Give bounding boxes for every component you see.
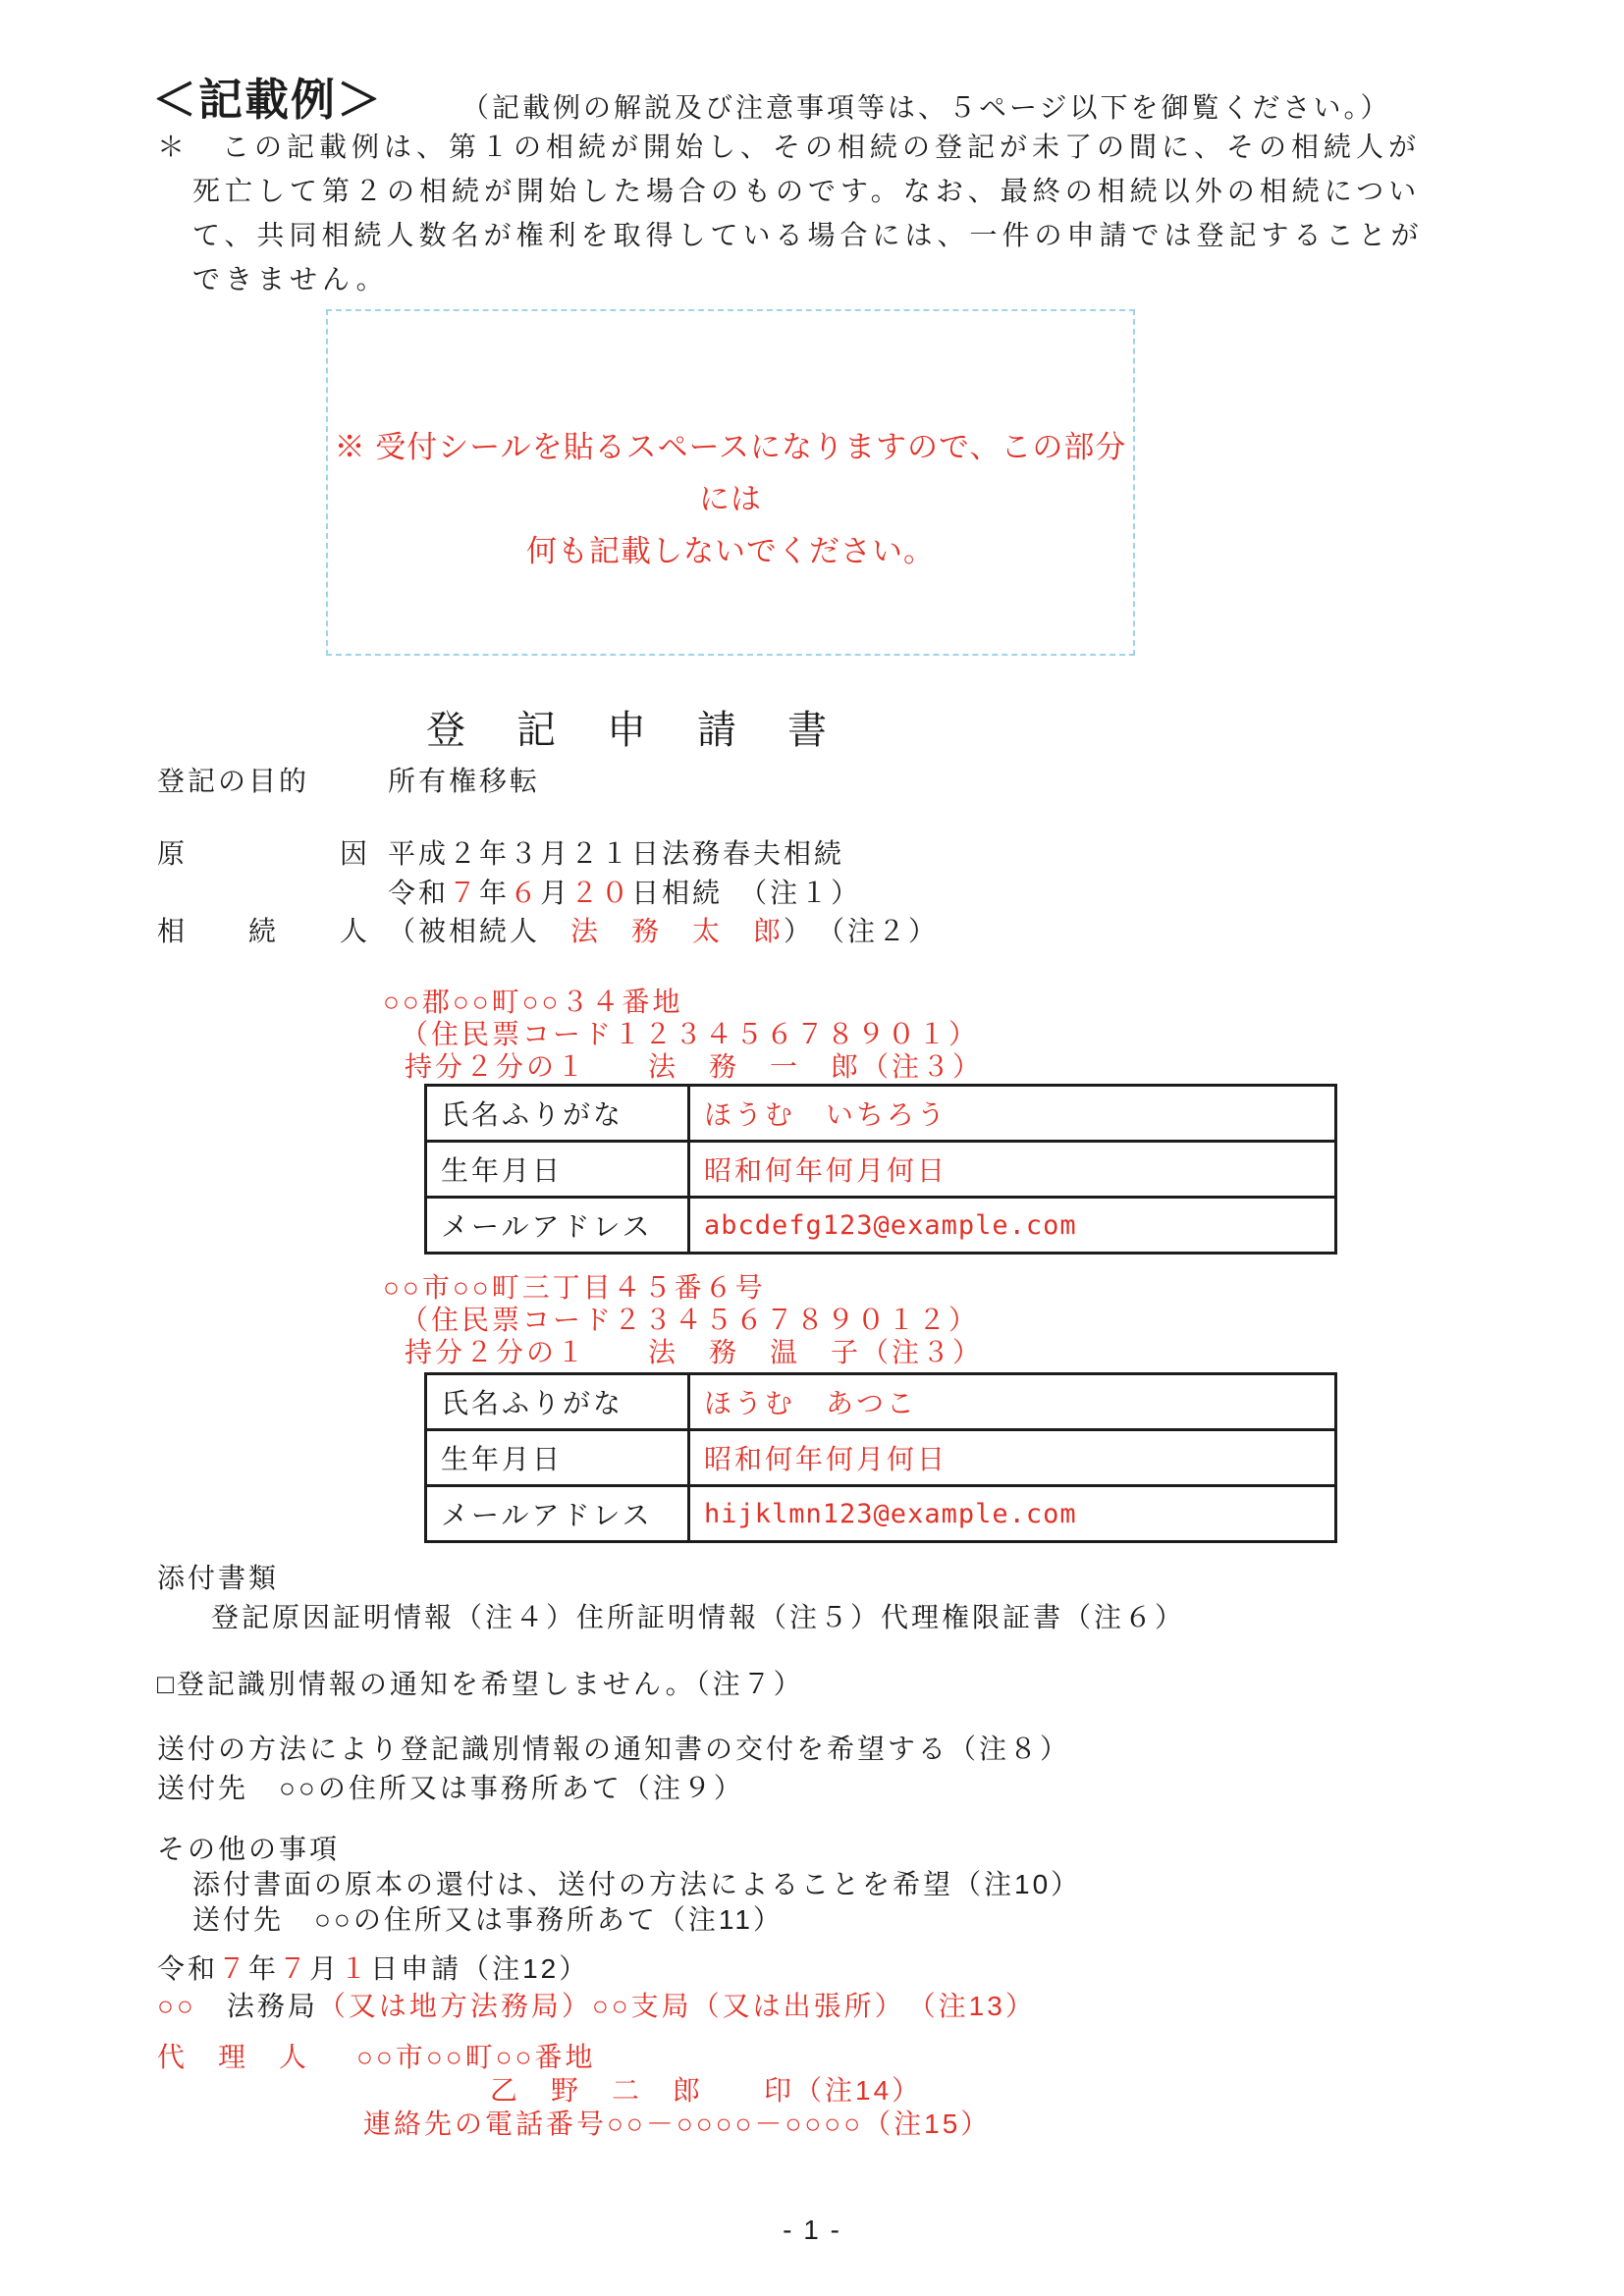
text-segment: 法務局 [196, 1991, 318, 2021]
intro-paragraph-line: 死亡して第２の相続が開始した場合のものです。なお、最終の相続以外の相続につい [192, 174, 1421, 209]
email-label: メールアドレス [426, 1486, 689, 1542]
agent-label: 代 理 人 [157, 2040, 309, 2075]
heir1-address: ○○郡○○町○○３４番地 [383, 985, 682, 1020]
text-segment: ２０ [570, 878, 631, 908]
furigana-label: 氏名ふりがな [426, 1086, 689, 1142]
heir2-info-table: 氏名ふりがな ほうむ あつこ 生年月日 昭和何年何月何日 メールアドレス hij… [424, 1372, 1337, 1543]
table-row: メールアドレス hijklmn123@example.com [426, 1486, 1336, 1542]
page-number: - 1 - [0, 2213, 1624, 2248]
heir-decedent-value: （被相続人 法 務 太 郎） （注２） [388, 914, 939, 949]
agent-address: ○○市○○町○○番地 [356, 2040, 595, 2075]
registry-office-line: ○○ 法務局（又は地方法務局）○○支局（又は出張所） （注13） [157, 1989, 1036, 2024]
heir1-info-table: 氏名ふりがな ほうむ いちろう 生年月日 昭和何年何月何日 メールアドレス ab… [424, 1084, 1337, 1255]
text-segment: ７ [449, 878, 479, 908]
delivery-destination-line: 送付先 ○○の住所又は事務所あて（注９） [157, 1771, 744, 1806]
cause-value-line2: 令和７年６月２０日相続 （注１） [388, 876, 861, 911]
form-title: 登 記 申 請 書 [426, 707, 833, 754]
seal-space-warning: ※ 受付シールを貼るスペースになりますので、この部分には 何も記載しないでくださ… [328, 421, 1133, 577]
registration-application-example-page: ＜記載例＞ （記載例の解説及び注意事項等は、５ページ以下を御覧ください。） ＊ … [0, 0, 1624, 2296]
text-segment: （又は地方法務局）○○支局（又は出張所） （注13） [318, 1991, 1036, 2021]
agent-phone-line: 連絡先の電話番号○○－○○○○－○○○○（注15） [363, 2107, 991, 2142]
heir1-share-and-name: 持分２分の１ 法 務 一 郎（注３） [405, 1049, 983, 1085]
email-label: メールアドレス [426, 1198, 689, 1254]
email-value: abcdefg123@example.com [689, 1198, 1336, 1254]
table-row: 氏名ふりがな ほうむ あつこ [426, 1374, 1336, 1430]
text-segment: 月 [540, 878, 570, 908]
text-segment: 令和 [388, 878, 449, 908]
other-matters-line1: 添付書面の原本の還付は、送付の方法によることを希望（注10） [192, 1867, 1081, 1902]
seal-space-warning-line: ※ 受付シールを貼るスペースになりますので、この部分には [328, 421, 1133, 525]
birthdate-label: 生年月日 [426, 1142, 689, 1198]
seal-space-warning-line: 何も記載しないでください。 [328, 525, 1133, 577]
other-matters-line2: 送付先 ○○の住所又は事務所あて（注11） [192, 1902, 784, 1938]
text-segment: ○○ [157, 1991, 196, 2021]
agent-name-line: 乙 野 二 郎 印（注14） [490, 2073, 922, 2109]
purpose-label: 登記の目的 [157, 764, 309, 799]
reception-seal-space-box: ※ 受付シールを貼るスペースになりますので、この部分には 何も記載しないでくださ… [326, 309, 1135, 656]
example-heading-note: （記載例の解説及び注意事項等は、５ページ以下を御覧ください。） [461, 90, 1390, 126]
delivery-method-line: 送付の方法により登記識別情報の通知書の交付を希望する（注８） [157, 1732, 1070, 1767]
table-row: 生年月日 昭和何年何月何日 [426, 1430, 1336, 1486]
text-segment: 日申請（注12） [370, 1953, 589, 1984]
furigana-value: ほうむ いちろう [689, 1086, 1336, 1142]
heir1-resident-code: （住民票コード１２３４５６７８９０１） [401, 1017, 979, 1052]
attachments-list: 登記原因証明情報（注４）住所証明情報（注５）代理権限証書（注６） [211, 1600, 1185, 1635]
birthdate-value: 昭和何年何月何日 [689, 1142, 1336, 1198]
cause-value-line1: 平成２年３月２１日法務春夫相続 [388, 836, 844, 872]
heir2-resident-code: （住民票コード２３４５６７８９０１２） [401, 1303, 979, 1338]
text-segment: （被相続人 [388, 916, 570, 946]
text-segment: 年 [479, 878, 510, 908]
text-segment: 法 務 太 郎 [570, 916, 784, 946]
intro-paragraph-line: ＊ この記載例は、第１の相続が開始し、その相続の登記が未了の間に、その相続人が [157, 130, 1421, 165]
other-matters-heading: その他の事項 [157, 1832, 340, 1867]
application-date-line: 令和７年７月１日申請（注12） [157, 1951, 589, 1987]
text-segment: 日相続 （注１） [631, 878, 861, 908]
intro-paragraph-line: て、共同相続人数名が権利を取得している場合には、一件の申請では登記することが [192, 218, 1423, 253]
attachments-heading: 添付書類 [157, 1561, 279, 1596]
table-row: 生年月日 昭和何年何月何日 [426, 1142, 1336, 1198]
identification-notice-checkbox-line: □登記識別情報の通知を希望しません。（注７） [157, 1667, 804, 1702]
table-row: 氏名ふりがな ほうむ いちろう [426, 1086, 1336, 1142]
text-segment: 月 [309, 1953, 340, 1984]
text-segment: 年 [248, 1953, 279, 1984]
text-segment: ６ [510, 878, 540, 908]
table-row: メールアドレス abcdefg123@example.com [426, 1198, 1336, 1254]
birthdate-label: 生年月日 [426, 1430, 689, 1486]
example-heading: ＜記載例＞ [152, 77, 383, 124]
heir2-share-and-name: 持分２分の１ 法 務 温 子（注３） [405, 1335, 983, 1370]
furigana-value: ほうむ あつこ [689, 1374, 1336, 1430]
email-value: hijklmn123@example.com [689, 1486, 1336, 1542]
text-segment: ） （注２） [784, 916, 939, 946]
heir2-address: ○○市○○町三丁目４５番６号 [383, 1270, 766, 1306]
furigana-label: 氏名ふりがな [426, 1374, 689, 1430]
birthdate-value: 昭和何年何月何日 [689, 1430, 1336, 1486]
cause-label: 原 因 [157, 836, 370, 872]
text-segment: ７ [279, 1953, 309, 1984]
text-segment: 令和 [157, 1953, 218, 1984]
intro-paragraph-line: できません。 [192, 262, 389, 297]
purpose-value: 所有権移転 [388, 764, 540, 799]
heir-label: 相 続 人 [157, 914, 370, 949]
text-segment: ７ [218, 1953, 248, 1984]
text-segment: １ [340, 1953, 370, 1984]
